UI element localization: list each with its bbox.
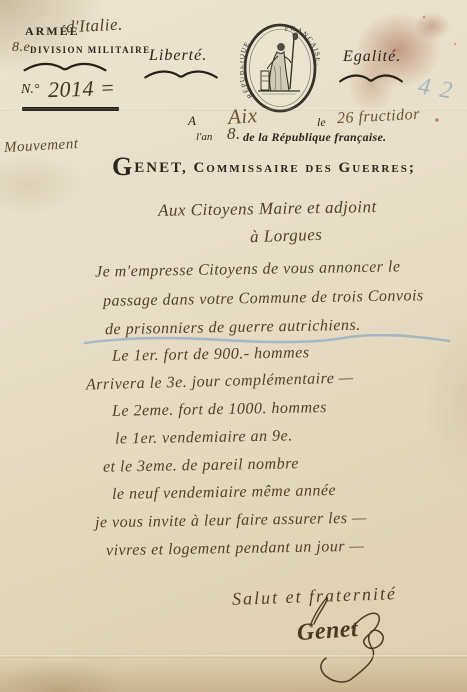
sender-line: GENET, Commissaire des Guerres; — [112, 152, 416, 182]
body-line: le neuf vendemiaire même année — [112, 482, 336, 504]
body-line: et le 3eme. de pareil nombre — [103, 455, 299, 476]
body-line: je vous invite à leur faire assurer les … — [95, 510, 367, 533]
sender-name-rest: ENET, — [134, 160, 187, 176]
number-value: 2014 = — [48, 75, 116, 103]
equality-label: Egalité. — [343, 48, 401, 66]
dateline-year: 8. — [227, 124, 241, 144]
dateline-lan-label: l'an — [196, 131, 212, 143]
number-prefix: N.° — [21, 82, 39, 98]
fold-crease — [0, 108, 467, 111]
liberty-label: Liberté. — [149, 47, 207, 65]
sender-title: Commissaire des Guerres; — [193, 160, 415, 176]
division-number: 8.e — [12, 40, 30, 56]
body-line: Arrivera le 3e. jour complémentaire — — [86, 370, 354, 395]
body-line: Je m'empresse Citoyens de vous annoncer … — [95, 258, 401, 281]
republic-seal: RÉPUBLIQUE FRANÇAISE. — [240, 22, 320, 114]
dateline-a-label: A — [188, 113, 196, 129]
sender-initial: G — [112, 152, 134, 181]
army-handwritten: d'Italie. — [66, 15, 124, 38]
ornament-brace-left — [22, 60, 108, 73]
body-line: Le 2eme. fort de 1000. hommes — [112, 399, 327, 421]
blue-crayon-mark: 4 2 — [416, 73, 456, 105]
signature-paraph-icon — [280, 588, 440, 688]
body-line: le 1er. vendemiaire an 9e. — [115, 427, 293, 448]
body-line: passage dans votre Commune de trois Conv… — [103, 287, 424, 311]
division-label: DIVISION MILITAIRE. — [30, 45, 154, 55]
letter-page: ARMÉE d'Italie. 8.e DIVISION MILITAIRE. … — [0, 0, 467, 692]
ornament-brace-liberty — [143, 68, 219, 80]
margin-note: Mouvement — [4, 136, 79, 157]
recipient-line2: à Lorgues — [250, 225, 323, 248]
dateline-republic-label: de la République française. — [243, 130, 386, 145]
body-line: vivres et logement pendant un jour — — [106, 538, 365, 561]
dateline-le-label: le — [317, 115, 326, 130]
recipient-line1: Aux Citoyens Maire et adjoint — [158, 197, 377, 221]
fold-crease — [0, 655, 467, 658]
ornament-brace-equality — [338, 72, 404, 84]
body-line: Le 1er. fort de 900.- hommes — [112, 344, 310, 365]
